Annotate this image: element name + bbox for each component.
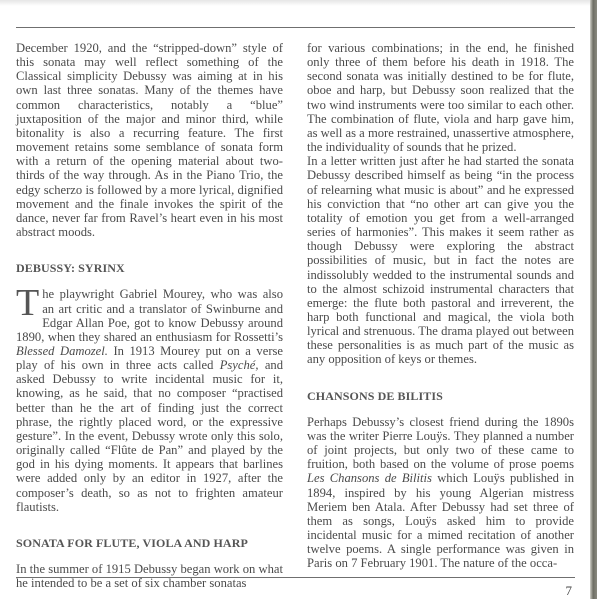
ravel-sonata-paragraph: December 1920, and the “stripped-down” s… xyxy=(16,41,283,239)
drop-cap: T xyxy=(16,288,39,316)
right-column: for various combinations; in the end, he… xyxy=(307,41,574,570)
page-number: 7 xyxy=(566,583,573,599)
page-top-shadow xyxy=(0,0,597,6)
sonata-continued-paragraph: for various combinations; in the end, he… xyxy=(307,41,574,154)
book-binding-edge xyxy=(590,0,597,599)
sonata-letter-paragraph: In a letter written just after he had st… xyxy=(307,154,574,366)
italic-title-chansons-de-bilitis: Les Chansons de Bilitis xyxy=(307,471,432,485)
bilitis-paragraph: Perhaps Debussy’s closest friend during … xyxy=(307,415,574,571)
italic-title-blessed-damozel: Blessed Damozel. xyxy=(16,344,108,358)
syrinx-heading: DEBUSSY: SYRINX xyxy=(16,261,283,275)
bilitis-heading: CHANSONS DE BILITIS xyxy=(307,389,574,403)
left-column: December 1920, and the “stripped-down” s… xyxy=(16,41,283,590)
sonata-heading: SONATA FOR FLUTE, VIOLA AND HARP xyxy=(16,536,283,550)
bottom-rule xyxy=(16,577,575,578)
italic-title-psyche: Psyché, xyxy=(220,358,259,372)
top-rule xyxy=(16,27,575,28)
syrinx-paragraph: The playwright Gabriel Mourey, who was a… xyxy=(16,287,283,514)
